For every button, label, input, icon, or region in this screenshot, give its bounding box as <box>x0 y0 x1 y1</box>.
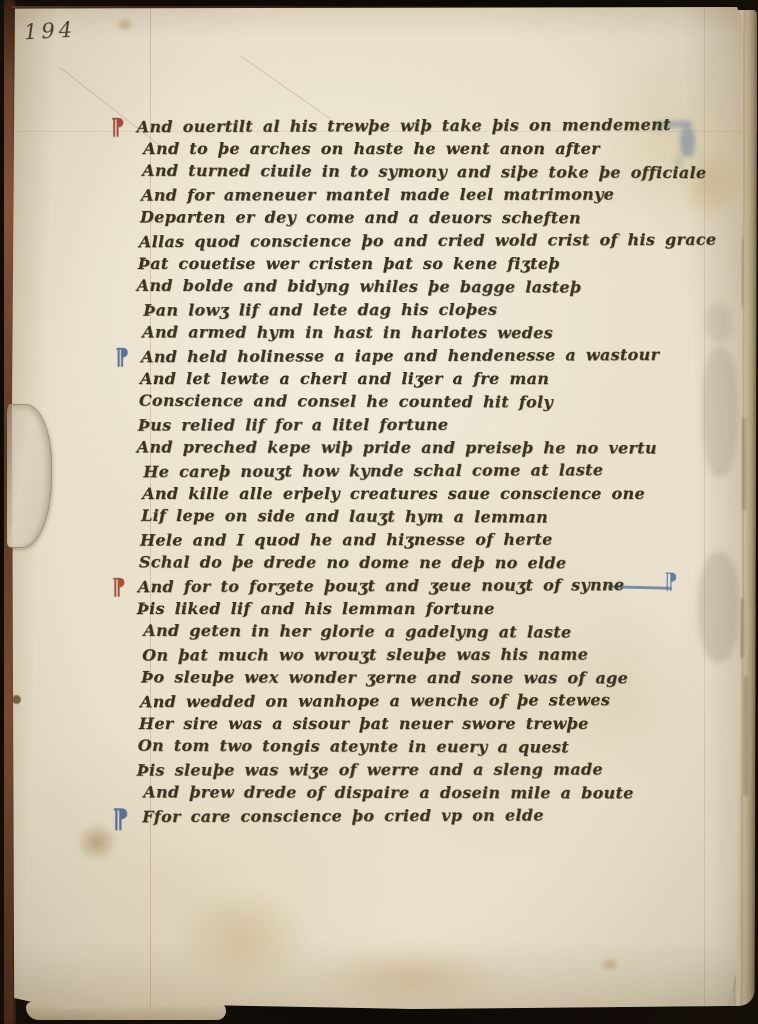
line-text: And armed hym in hast in harlotes wedes <box>142 322 553 342</box>
manuscript-line: He careþ nouʒt how kynde schal come at l… <box>143 460 721 485</box>
manuscript-line: And wedded on wanhope a wenche of þe ste… <box>140 690 718 715</box>
line-text: Her sire was a sisour þat neuer swore tr… <box>139 714 589 733</box>
manuscript-photo: 194 ¶ ¶And ouertilt al his trewþe wiþ ta… <box>0 0 758 1024</box>
manuscript-line: Þis liked lif and his lemman fortune <box>137 599 715 622</box>
manuscript-line: And turned ciuile in to symony and siþe … <box>142 161 720 186</box>
paraph-mark-icon: ¶ <box>112 574 126 600</box>
manuscript-line: Schal do þe drede no dome ne deþ no elde <box>139 552 717 576</box>
fore-edge-bleed-mark <box>742 418 746 510</box>
line-text: Þo sleuþe wex wonder ʒerne and sone was … <box>141 667 628 687</box>
line-text: On þat much wo wrouʒt sleuþe was his nam… <box>142 645 588 665</box>
stain <box>12 695 21 704</box>
line-text: And þrew drede of dispaire a dosein mile… <box>143 782 633 802</box>
manuscript-line: And let lewte a cherl and liʒer a fre ma… <box>140 369 718 392</box>
line-text: And turned ciuile in to symony and siþe … <box>142 161 706 182</box>
line-text: He careþ nouʒt how kynde schal come at l… <box>143 460 603 481</box>
paraph-mark-icon: ¶ <box>115 344 129 370</box>
line-text: And ouertilt al his trewþe wiþ take þis … <box>137 115 671 136</box>
line-text: Allas quod conscience þo and cried wold … <box>139 230 717 251</box>
manuscript-line: Conscience and consel he counted hit fol… <box>139 391 717 416</box>
page-top-edge <box>12 6 532 8</box>
manuscript-line: ¶And held holinesse a iape and hendeness… <box>141 345 719 370</box>
folio-number: 194 <box>23 18 76 45</box>
manuscript-line: And geten in her glorie a gadelyng at la… <box>143 621 721 646</box>
manuscript-line: And for ameneuer mantel made leel matrim… <box>141 184 719 208</box>
line-text: And wedded on wanhope a wenche of þe ste… <box>140 690 610 711</box>
manuscript-line: Allas quod conscience þo and cried wold … <box>139 230 717 255</box>
line-text: Þis sleuþe was wiʒe of werre and a sleng… <box>137 760 603 780</box>
paraph-mark-icon: ¶ <box>111 114 125 140</box>
fore-edge-bleed-mark <box>744 676 748 796</box>
manuscript-line: On þat much wo wrouʒt sleuþe was his nam… <box>142 644 720 668</box>
stain <box>312 947 512 1007</box>
manuscript-line: Þis sleuþe was wiʒe of werre and a sleng… <box>137 759 715 783</box>
manuscript-line: Þat couetise wer cristen þat so kene fiʒ… <box>138 254 716 277</box>
crease-mark <box>240 55 331 119</box>
manuscript-line: Þo sleuþe wex wonder ʒerne and sone was … <box>141 667 719 691</box>
line-text: On tom two tongis ateynte in euery a que… <box>138 736 569 757</box>
line-text: And preched kepe wiþ pride and preiseþ h… <box>137 437 657 457</box>
manuscript-line: Þan lowʒ lif and lete dag his cloþes <box>143 299 721 323</box>
manuscript-line: ¶And for to forʒete þouʒt and ʒeue nouʒt… <box>138 575 716 600</box>
stain <box>600 957 620 972</box>
line-text: Hele and I quod he and hiʒnesse of herte <box>140 530 553 550</box>
manuscript-line: And kille alle erþely creatures saue con… <box>142 484 720 507</box>
line-text: And bolde and bidyng whiles þe bagge las… <box>137 276 582 297</box>
line-text: Conscience and consel he counted hit fol… <box>139 391 553 412</box>
text-block: ¶And ouertilt al his trewþe wiþ take þis… <box>140 116 718 829</box>
manuscript-line: And þrew drede of dispaire a dosein mile… <box>143 782 721 806</box>
manuscript-line: And preched kepe wiþ pride and preiseþ h… <box>137 437 715 461</box>
manuscript-line: Departen er dey come and a deuors scheft… <box>140 207 718 231</box>
line-text: Ffor care conscience þo cried vp on elde <box>142 806 544 827</box>
manuscript-line: And bolde and bidyng whiles þe bagge las… <box>137 276 715 301</box>
line-text: Schal do þe drede no dome ne deþ no elde <box>139 552 567 572</box>
manuscript-line: ¶And ouertilt al his trewþe wiþ take þis… <box>137 115 715 140</box>
manuscript-line: Her sire was a sisour þat neuer swore tr… <box>139 714 717 737</box>
line-text: Þis liked lif and his lemman fortune <box>137 599 495 618</box>
manuscript-line: Lif lepe on side and lauʒt hym a lemman <box>141 506 719 531</box>
manuscript-line: On tom two tongis ateynte in euery a que… <box>138 736 716 761</box>
manuscript-line: And armed hym in hast in harlotes wedes <box>142 322 720 346</box>
line-text: And kille alle erþely creatures saue con… <box>142 484 645 503</box>
line-text: And for ameneuer mantel made leel matrim… <box>141 185 614 205</box>
parchment-page: 194 ¶ ¶And ouertilt al his trewþe wiþ ta… <box>12 7 742 1010</box>
manuscript-line: And to þe arches on haste he went anon a… <box>143 139 721 162</box>
line-text: Lif lepe on side and lauʒt hym a lemman <box>141 506 548 527</box>
stain <box>116 17 134 32</box>
line-text: And geten in her glorie a gadelyng at la… <box>143 621 571 642</box>
manuscript-line: Þus relied lif for a litel fortune <box>138 414 716 438</box>
line-text: And for to forʒete þouʒt and ʒeue nouʒt … <box>138 575 625 596</box>
line-text: Departen er dey come and a deuors scheft… <box>140 207 581 227</box>
line-text: And held holinesse a iape and hendenesse… <box>141 345 659 366</box>
line-text: Þat couetise wer cristen þat so kene fiʒ… <box>138 254 560 273</box>
line-text: Þan lowʒ lif and lete dag his cloþes <box>143 300 497 320</box>
manuscript-line: ¶Ffor care conscience þo cried vp on eld… <box>142 805 720 830</box>
line-text: And to þe arches on haste he went anon a… <box>143 139 600 158</box>
manuscript-line: Hele and I quod he and hiʒnesse of herte <box>140 529 718 553</box>
paraph-mark-icon: ¶ <box>112 804 129 834</box>
stain <box>172 887 312 987</box>
line-text: And let lewte a cherl and liʒer a fre ma… <box>140 369 549 388</box>
line-text: Þus relied lif for a litel fortune <box>138 415 449 435</box>
